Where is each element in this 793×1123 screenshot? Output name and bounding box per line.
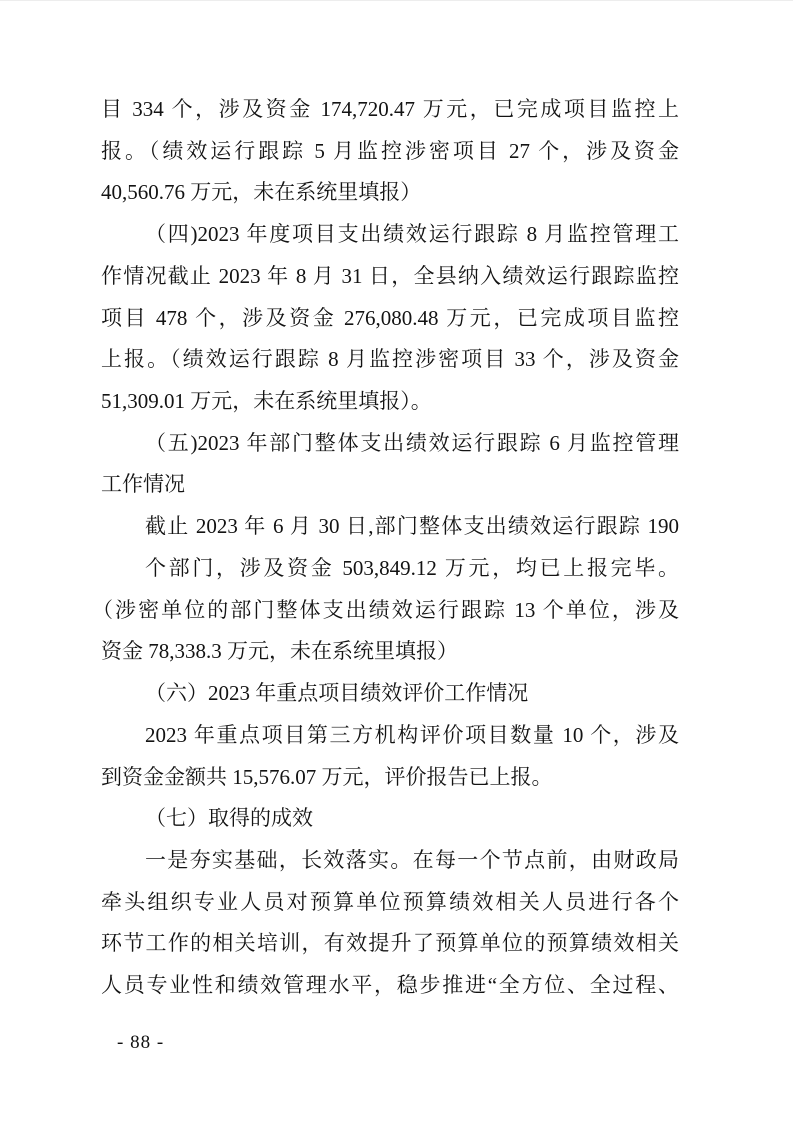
document-body: 目 334 个，涉及资金 174,720.47 万元，已完成项目监控上报。（绩效… [101,89,679,1007]
text-line: 上报。（绩效运行跟踪 8 月监控涉密项目 33 个，涉及资金 [101,339,679,381]
text-line: 2023 年重点项目第三方机构评价项目数量 10 个，涉及 [101,715,679,757]
text-line: 牵头组织专业人员对预算单位预算绩效相关人员进行各个 [101,882,679,924]
page-number: - 88 - [117,1032,164,1054]
text-line: 个部门，涉及资金 503,849.12 万元，均已上报完毕。 [101,548,679,590]
text-line: 资金 78,338.3 万元，未在系统里填报） [101,631,679,673]
text-line: 报。（绩效运行跟踪 5 月监控涉密项目 27 个，涉及资金 [101,131,679,173]
text-line: 40,560.76 万元，未在系统里填报） [101,172,679,214]
text-line: 项目 478 个，涉及资金 276,080.48 万元，已完成项目监控 [101,298,679,340]
text-line: （六）2023 年重点项目绩效评价工作情况 [101,673,679,715]
text-line: 51,309.01 万元，未在系统里填报）。 [101,381,679,423]
text-line: （四)2023 年度项目支出绩效运行跟踪 8 月监控管理工 [101,214,679,256]
text-line: 目 334 个，涉及资金 174,720.47 万元，已完成项目监控上 [101,89,679,131]
text-line: 到资金金额共 15,576.07 万元，评价报告已上报。 [101,757,679,799]
text-line: （五)2023 年部门整体支出绩效运行跟踪 6 月监控管理 [101,423,679,465]
text-line: 工作情况 [101,464,679,506]
text-line: 截止 2023 年 6 月 30 日,部门整体支出绩效运行跟踪 190 [101,506,679,548]
text-line: 作情况截止 2023 年 8 月 31 日，全县纳入绩效运行跟踪监控 [101,256,679,298]
text-line: 一是夯实基础，长效落实。在每一个节点前，由财政局 [101,840,679,882]
text-line: （涉密单位的部门整体支出绩效运行跟踪 13 个单位，涉及 [92,590,679,632]
document-page: 目 334 个，涉及资金 174,720.47 万元，已完成项目监控上报。（绩效… [0,0,793,1123]
text-line: （七）取得的成效 [101,798,679,840]
text-line: 人员专业性和绩效管理水平，稳步推进“全方位、全过程、 [101,965,679,1007]
text-line: 环节工作的相关培训，有效提升了预算单位的预算绩效相关 [101,923,679,965]
